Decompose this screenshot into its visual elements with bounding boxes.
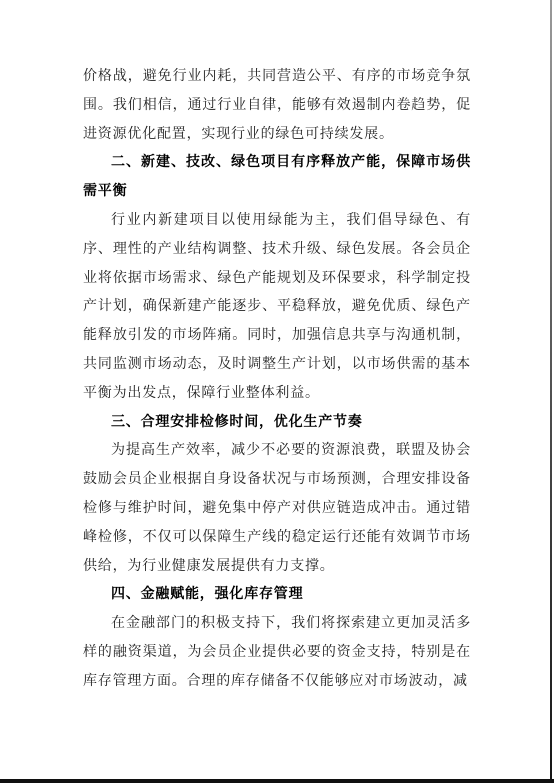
section-heading: 四、金融赋能，强化库存管理 — [83, 581, 471, 610]
body-paragraph: 价格战，避免行业内耗，共同营造公平、有序的市场竞争氛围。我们相信，通过行业自律，… — [83, 63, 471, 149]
document-page: 价格战，避免行业内耗，共同营造公平、有序的市场竞争氛围。我们相信，通过行业自律，… — [0, 0, 554, 783]
page-edge-bottom — [0, 779, 554, 783]
body-paragraph: 为提高生产效率，减少不必要的资源浪费，联盟及协会鼓励会员企业根据自身设备状况与市… — [83, 437, 471, 581]
body-paragraph: 在金融部门的积极支持下，我们将探索建立更加灵活多样的融资渠道，为会员企业提供必要… — [83, 610, 471, 696]
page-edge-right — [550, 0, 552, 783]
document-body: 价格战，避免行业内耗，共同营造公平、有序的市场竞争氛围。我们相信，通过行业自律，… — [83, 63, 471, 697]
body-paragraph: 行业内新建项目以使用绿能为主，我们倡导绿色、有序、理性的产业结构调整、技术升级、… — [83, 207, 471, 409]
section-heading: 二、新建、技改、绿色项目有序释放产能，保障市场供需平衡 — [83, 149, 471, 207]
section-heading: 三、合理安排检修时间，优化生产节奏 — [83, 409, 471, 438]
